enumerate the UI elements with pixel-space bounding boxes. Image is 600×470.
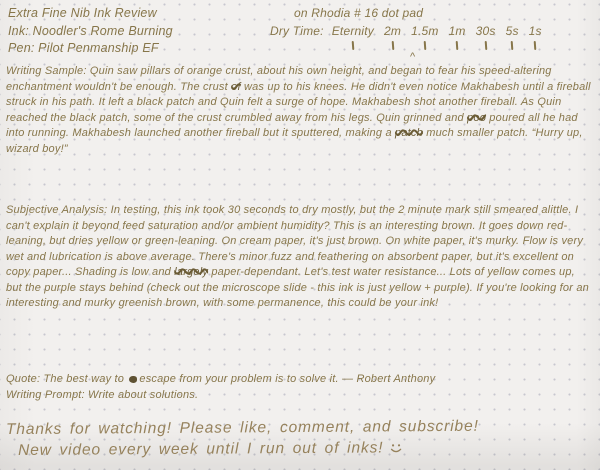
tick-mark-icon [456,41,458,50]
pen-name-line: Pen: Pilot Penmanship EF [8,40,173,58]
header-right: on Rhodia # 16 dot pad Dry Time: Eternit… [270,5,594,50]
ink-name-line: Ink: Noodler's Rome Burning [8,23,173,41]
tick-mark-icon [391,41,393,50]
tick-mark-icon [352,41,354,50]
paper-sheet: Extra Fine Nib Ink Review Ink: Noodler's… [0,0,600,470]
dry-time-mark: 1s [529,23,542,50]
footer-line-2: New video every week until I run out of … [6,436,596,463]
dry-time-mark-label: 1.5m [411,23,438,39]
footer-signoff: Thanks for watching! Please like, commen… [6,415,596,463]
dry-time-label: Dry Time: [270,23,324,39]
subjective-analysis-paragraph: Subjective Analysis: In testing, this in… [6,203,594,312]
dry-time-mark-label: Eternity [332,23,374,39]
dry-time-mark-label: 30s [476,23,496,39]
caret-annotation: ^ [410,49,415,65]
tick-mark-icon [534,41,536,50]
crossed-out-word: patch [395,127,423,139]
writing-prompt-line: Writing Prompt: Write about solutions. [6,389,198,401]
dry-time-mark-label: 5s [506,23,519,39]
writing-sample-paragraph: Writing Sample: Quin saw pillars of oran… [6,64,594,157]
tick-mark-icon [424,41,426,50]
smiley-face-icon [389,439,403,460]
paper-type-line: on Rhodia # 16 dot pad [294,5,594,21]
quote-block: Quote: The best way to escape from your … [6,372,594,403]
dry-time-mark: 1.5m [411,23,438,50]
dry-time-mark: 1m [449,23,466,50]
dry-time-mark: 5s [506,23,519,50]
crossed-out-word: poo [467,112,486,124]
header-left: Extra Fine Nib Ink Review Ink: Noodler's… [8,5,173,58]
ink-blot-icon [129,376,137,383]
dry-time-scale: Dry Time: Eternity 2m 1.5m 1m [270,23,594,50]
tick-mark-icon [485,41,487,50]
dry-time-mark-label: 1s [529,23,542,39]
dry-time-marks: Eternity 2m 1.5m 1m 30s [332,23,542,50]
dry-time-mark: Eternity [332,23,374,50]
review-title: Extra Fine Nib Ink Review [8,5,173,23]
quote-text: escape from your problem is to solve it.… [139,373,435,385]
footer-line-2-text: New video every week until I run out of … [18,439,384,459]
crossed-out-word: of [231,81,241,93]
crossed-out-word: largely [174,266,208,278]
tick-mark-icon [511,41,513,50]
dry-time-mark: 30s [476,23,496,50]
dry-time-mark-label: 1m [449,23,466,39]
dry-time-mark-label: 2m [384,23,401,39]
quote-text: Quote: The best way to [6,373,127,385]
dry-time-mark: 2m [384,23,401,50]
